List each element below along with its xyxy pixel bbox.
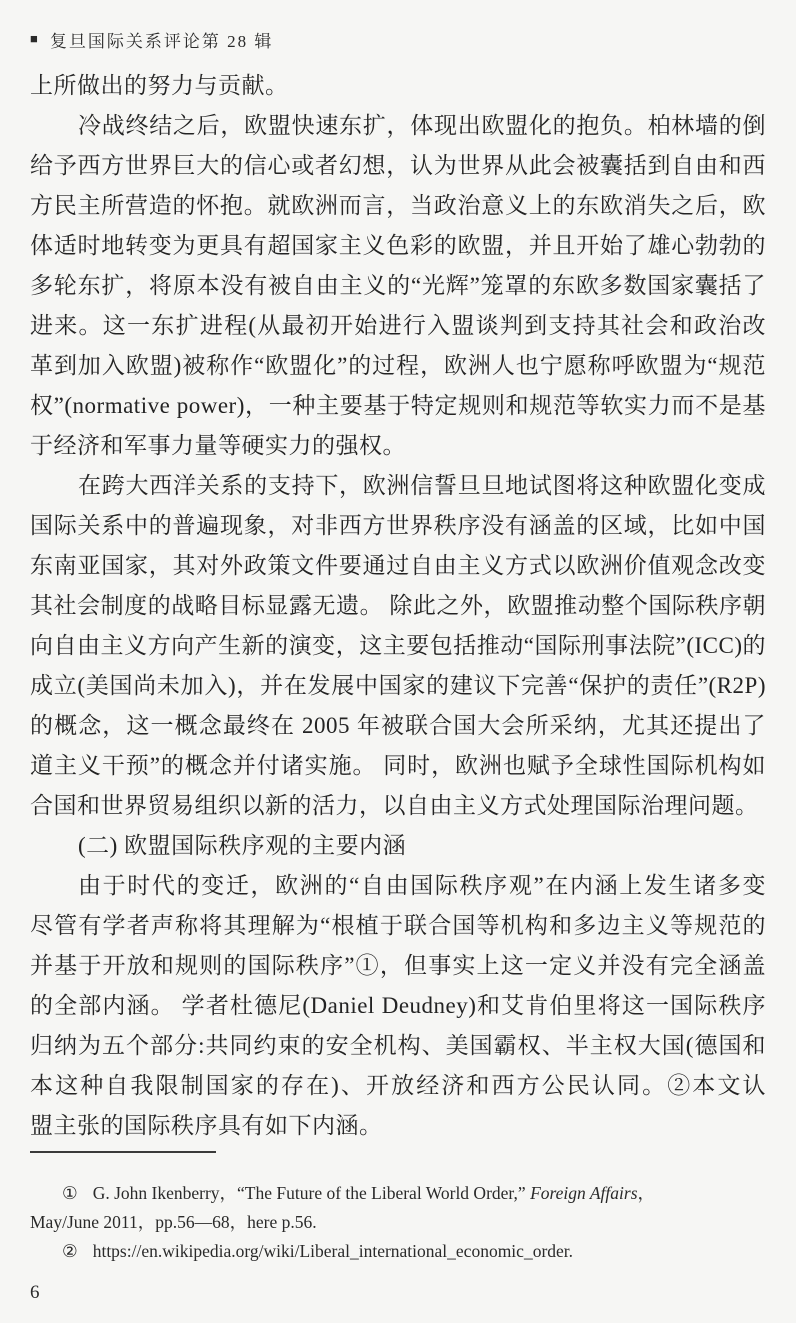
text-line: 在跨大西洋关系的支持下，欧洲信誓旦旦地试图将这种欧盟化变成 bbox=[30, 466, 766, 506]
text-line: 并基于开放和规则的国际秩序”①，但事实上这一定义并没有完全涵盖它 bbox=[30, 946, 766, 986]
journal-title: Foreign Affairs bbox=[530, 1183, 637, 1203]
footnote-line: ①G. John Ikenberry，“The Future of the Li… bbox=[30, 1179, 766, 1208]
text-line: 合国和世界贸易组织以新的活力，以自由主义方式处理国际治理问题。 bbox=[30, 786, 766, 826]
footnote-line: May/June 2011，pp.56—68，here p.56. bbox=[30, 1208, 766, 1237]
text-line: 权”(normative power)，一种主要基于特定规则和规范等软实力而不是… bbox=[30, 386, 766, 426]
text-line: 的全部内涵。 学者杜德尼(Daniel Deudney)和艾肯伯里将这一国际秩序 bbox=[30, 986, 766, 1026]
text-line: 其社会制度的战略目标显露无遗。 除此之外，欧盟推动整个国际秩序朝 bbox=[30, 586, 766, 626]
text-line: 向自由主义方向产生新的演变，这主要包括推动“国际刑事法院”(ICC)的 bbox=[30, 626, 766, 666]
text-line: 归纳为五个部分:共同约束的安全机构、美国霸权、半主权大国(德国和日 bbox=[30, 1026, 766, 1066]
footnote-text: ， bbox=[638, 1183, 656, 1203]
footnote-line: ②https://en.wikipedia.org/wiki/Liberal_i… bbox=[30, 1237, 766, 1266]
document-page: ■ 复旦国际关系评论第 28 辑 上所做出的努力与贡献。冷战终结之后，欧盟快速东… bbox=[0, 0, 796, 1323]
text-line: 体适时地转变为更具有超国家主义色彩的欧盟，并且开始了雄心勃勃的 bbox=[30, 226, 766, 266]
footnote-marker: ① bbox=[62, 1183, 78, 1203]
text-line: 冷战终结之后，欧盟快速东扩，体现出欧盟化的抱负。柏林墙的倒塌 bbox=[30, 106, 766, 146]
footnote-text: May/June 2011，pp.56—68，here p.56. bbox=[30, 1212, 317, 1232]
text-line: (二) 欧盟国际秩序观的主要内涵 bbox=[30, 826, 766, 866]
text-line: 方民主所营造的怀抱。就欧洲而言，当政治意义上的东欧消失之后，欧共 bbox=[30, 186, 766, 226]
footnote-marker: ② bbox=[62, 1241, 78, 1261]
footnote-text: https://en.wikipedia.org/wiki/Liberal_in… bbox=[93, 1241, 573, 1261]
text-line: 盟主张的国际秩序具有如下内涵。 bbox=[30, 1106, 766, 1146]
text-line: 于经济和军事力量等硬实力的强权。 bbox=[30, 426, 766, 466]
header-title: 复旦国际关系评论第 28 辑 bbox=[50, 27, 274, 52]
text-line: 进来。这一东扩进程(从最初开始进行入盟谈判到支持其社会和政治改 bbox=[30, 306, 766, 346]
text-line: 革到加入欧盟)被称作“欧盟化”的过程，欧洲人也宁愿称呼欧盟为“规范强 bbox=[30, 346, 766, 386]
text-line: 由于时代的变迁，欧洲的“自由国际秩序观”在内涵上发生诸多变化， bbox=[30, 866, 766, 906]
text-line: 国际关系中的普遍现象，对非西方世界秩序没有涵盖的区域，比如中国和 bbox=[30, 506, 766, 546]
square-bullet-icon: ■ bbox=[30, 32, 38, 45]
page-number: 6 bbox=[30, 1282, 40, 1304]
page-header: ■ 复旦国际关系评论第 28 辑 bbox=[30, 26, 766, 52]
text-line: 给予西方世界巨大的信心或者幻想，认为世界从此会被囊括到自由和西 bbox=[30, 146, 766, 186]
footnote-divider bbox=[30, 1151, 216, 1153]
text-line: 多轮东扩，将原本没有被自由主义的“光辉”笼罩的东欧多数国家囊括了 bbox=[30, 266, 766, 306]
text-line: 东南亚国家，其对外政策文件要通过自由主义方式以欧洲价值观念改变 bbox=[30, 546, 766, 586]
text-line: 的概念，这一概念最终在 2005 年被联合国大会所采纳，尤其还提出了“人 bbox=[30, 706, 766, 746]
text-line: 尽管有学者声称将其理解为“根植于联合国等机构和多边主义等规范的 bbox=[30, 906, 766, 946]
text-line: 本这种自我限制国家的存在)、开放经济和西方公民认同。②本文认为，欧 bbox=[30, 1066, 766, 1106]
footnotes: ①G. John Ikenberry，“The Future of the Li… bbox=[30, 1179, 766, 1266]
text-line: 成立(美国尚未加入)，并在发展中国家的建议下完善“保护的责任”(R2P) bbox=[30, 666, 766, 706]
text-line: 道主义干预”的概念并付诸实施。 同时，欧洲也赋予全球性国际机构如联 bbox=[30, 746, 766, 786]
footnote-text: G. John Ikenberry，“The Future of the Lib… bbox=[93, 1183, 530, 1203]
body-text: 上所做出的努力与贡献。冷战终结之后，欧盟快速东扩，体现出欧盟化的抱负。柏林墙的倒… bbox=[30, 66, 766, 1146]
text-line: 上所做出的努力与贡献。 bbox=[30, 66, 766, 106]
